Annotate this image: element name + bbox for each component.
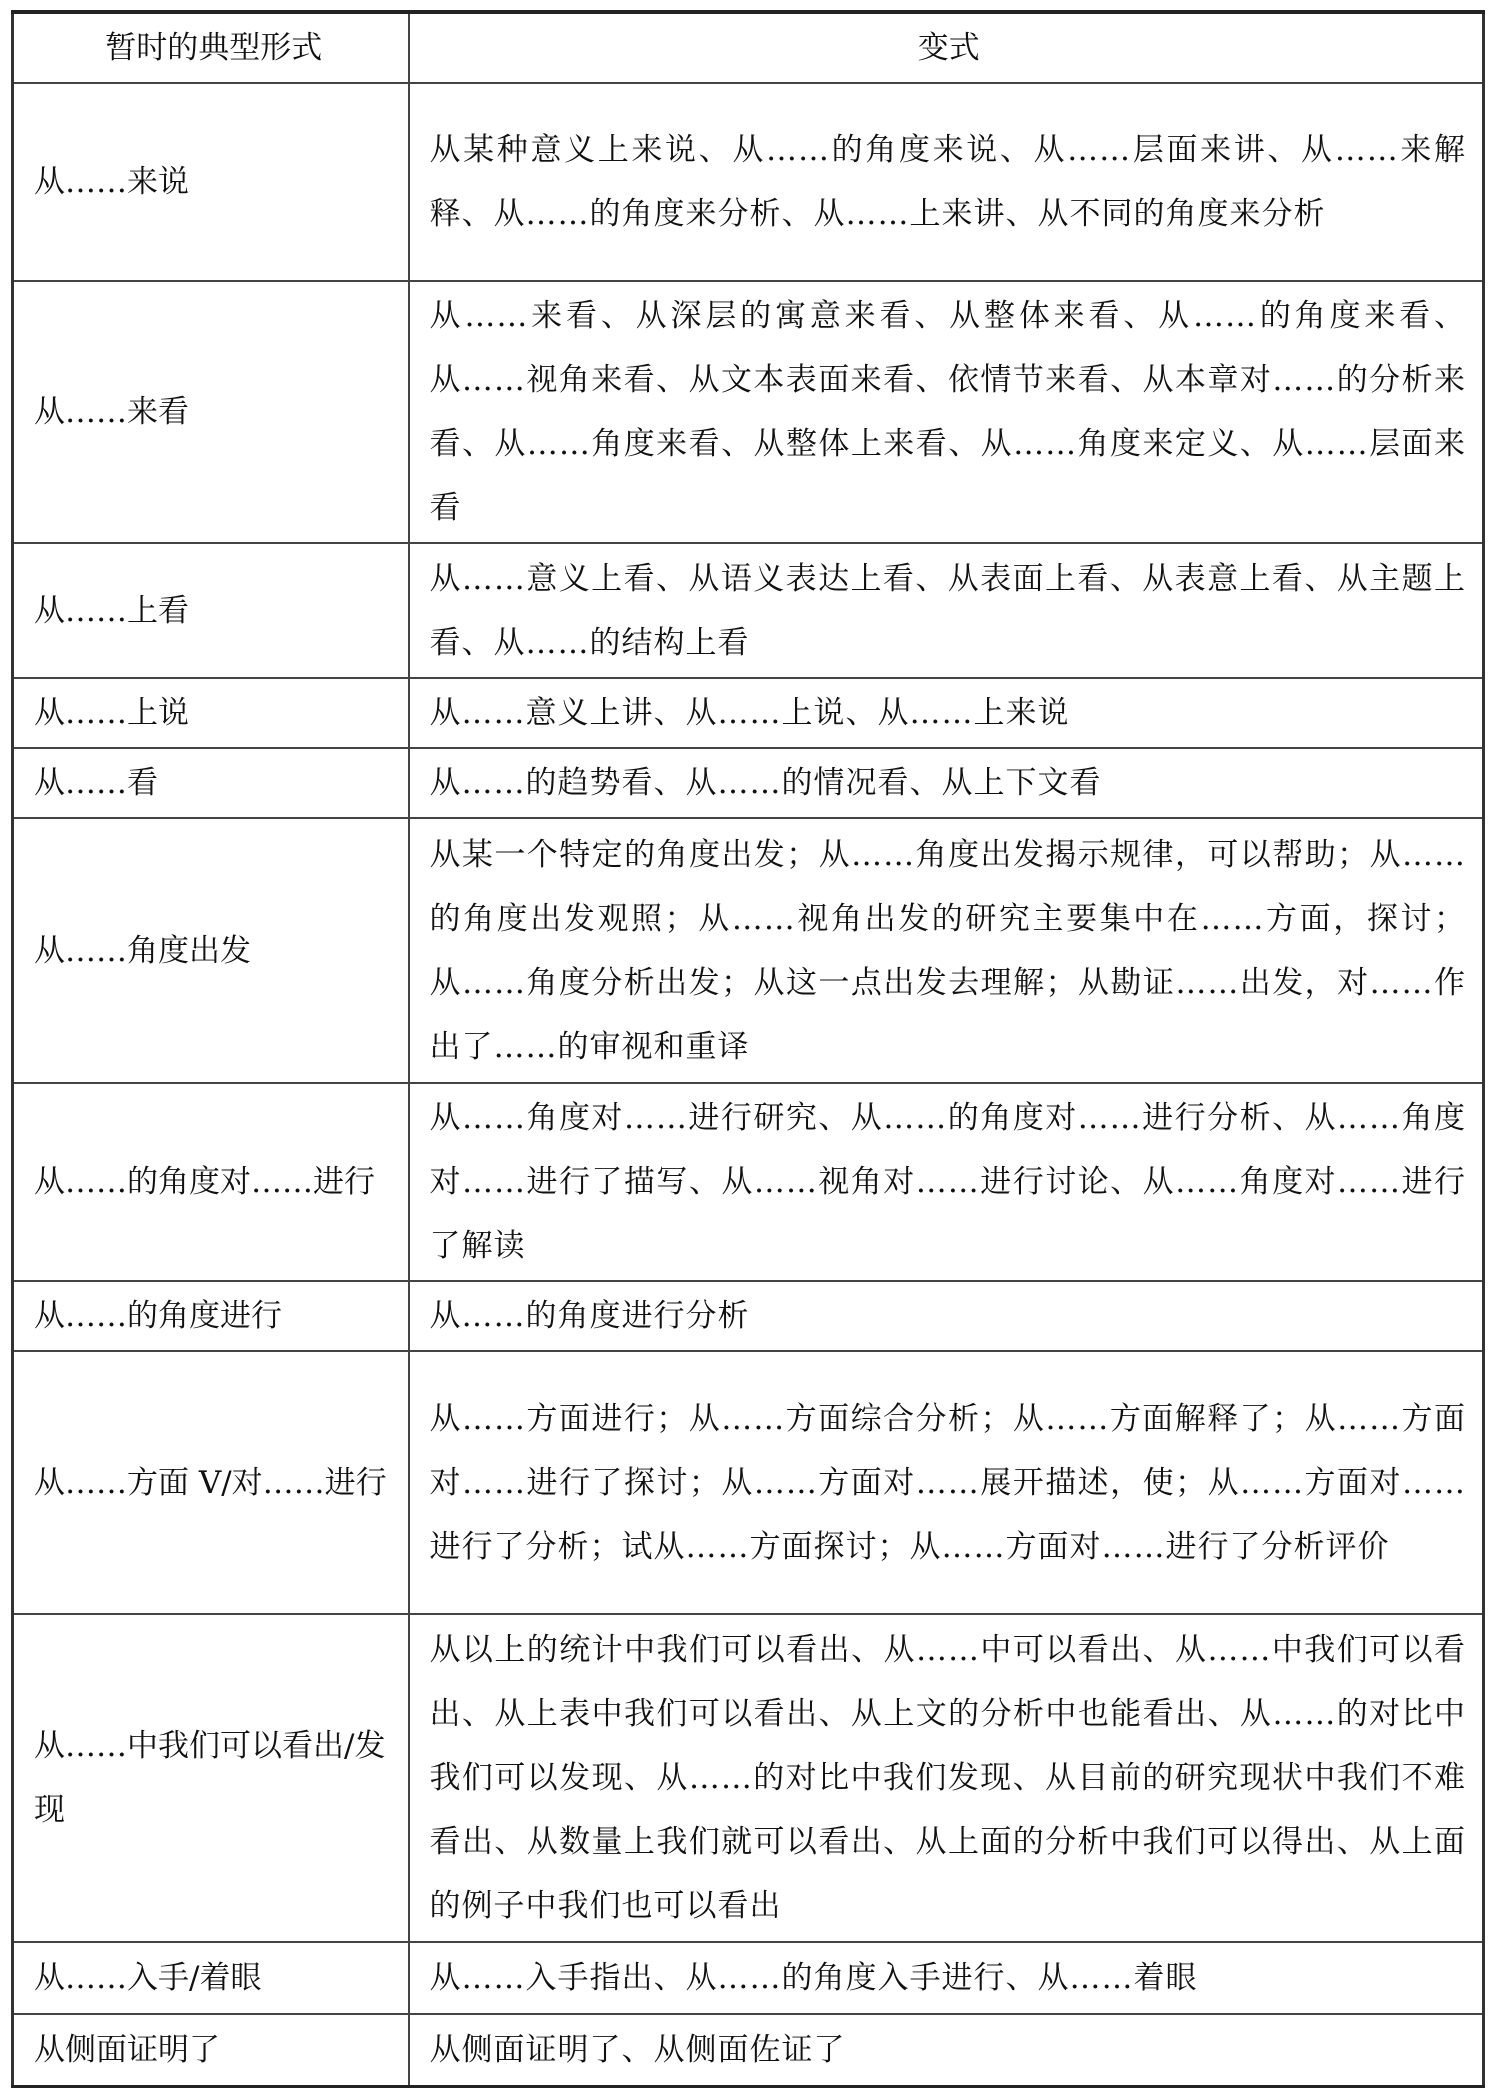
variants-cell: 从以上的统计中我们可以看出、从……中可以看出、从……中我们可以看出、从上表中我们… bbox=[409, 1614, 1484, 1942]
variants-cell: 从……的角度进行分析 bbox=[409, 1281, 1484, 1351]
variants-cell: 从某一个特定的角度出发；从……角度出发揭示规律，可以帮助；从……的角度出发观照；… bbox=[409, 818, 1484, 1083]
variants-cell: 从……意义上讲、从……上说、从……上来说 bbox=[409, 678, 1484, 748]
pattern-cell: 从……入手/着眼 bbox=[13, 1942, 409, 2014]
variants-cell: 从……入手指出、从……的角度入手进行、从……着眼 bbox=[409, 1942, 1484, 2014]
variants-cell: 从某种意义上来说、从……的角度来说、从……层面来讲、从……来解释、从……的角度来… bbox=[409, 83, 1484, 281]
pattern-cell: 从……上看 bbox=[13, 543, 409, 678]
header-row: 暂时的典型形式 变式 bbox=[13, 12, 1484, 83]
table-body: 从……来说从某种意义上来说、从……的角度来说、从……层面来讲、从……来解释、从…… bbox=[13, 83, 1484, 2086]
table-row: 从……看从……的趋势看、从……的情况看、从上下文看 bbox=[13, 748, 1484, 818]
table-row: 从……角度出发从某一个特定的角度出发；从……角度出发揭示规律，可以帮助；从……的… bbox=[13, 818, 1484, 1083]
variants-cell: 从……来看、从深层的寓意来看、从整体来看、从……的角度来看、从……视角来看、从文… bbox=[409, 281, 1484, 543]
table-row: 从侧面证明了从侧面证明了、从侧面佐证了 bbox=[13, 2014, 1484, 2086]
pattern-cell: 从……来看 bbox=[13, 281, 409, 543]
patterns-table: 暂时的典型形式 变式 从……来说从某种意义上来说、从……的角度来说、从……层面来… bbox=[11, 10, 1485, 2088]
pattern-cell: 从……的角度对……进行 bbox=[13, 1083, 409, 1281]
pattern-cell: 从……角度出发 bbox=[13, 818, 409, 1083]
variants-cell: 从……意义上看、从语义表达上看、从表面上看、从表意上看、从主题上看、从……的结构… bbox=[409, 543, 1484, 678]
pattern-cell: 从……上说 bbox=[13, 678, 409, 748]
pattern-cell: 从……方面 V/对……进行 bbox=[13, 1351, 409, 1614]
table-row: 从……来说从某种意义上来说、从……的角度来说、从……层面来讲、从……来解释、从…… bbox=[13, 83, 1484, 281]
variants-cell: 从……方面进行；从……方面综合分析；从……方面解释了；从……方面对……进行了探讨… bbox=[409, 1351, 1484, 1614]
pattern-cell: 从……中我们可以看出/发现 bbox=[13, 1614, 409, 1942]
pattern-cell: 从……来说 bbox=[13, 83, 409, 281]
variants-cell: 从……角度对……进行研究、从……的角度对……进行分析、从……角度对……进行了描写… bbox=[409, 1083, 1484, 1281]
table-row: 从……上看从……意义上看、从语义表达上看、从表面上看、从表意上看、从主题上看、从… bbox=[13, 543, 1484, 678]
table-row: 从……方面 V/对……进行从……方面进行；从……方面综合分析；从……方面解释了；… bbox=[13, 1351, 1484, 1614]
pattern-cell: 从……的角度进行 bbox=[13, 1281, 409, 1351]
variants-cell: 从……的趋势看、从……的情况看、从上下文看 bbox=[409, 748, 1484, 818]
pattern-cell: 从侧面证明了 bbox=[13, 2014, 409, 2086]
variants-cell: 从侧面证明了、从侧面佐证了 bbox=[409, 2014, 1484, 2086]
table-row: 从……来看从……来看、从深层的寓意来看、从整体来看、从……的角度来看、从……视角… bbox=[13, 281, 1484, 543]
header-variants: 变式 bbox=[409, 12, 1484, 83]
header-typical-form: 暂时的典型形式 bbox=[13, 12, 409, 83]
pattern-cell: 从……看 bbox=[13, 748, 409, 818]
table-row: 从……中我们可以看出/发现从以上的统计中我们可以看出、从……中可以看出、从……中… bbox=[13, 1614, 1484, 1942]
table-row: 从……入手/着眼从……入手指出、从……的角度入手进行、从……着眼 bbox=[13, 1942, 1484, 2014]
table-row: 从……的角度进行从……的角度进行分析 bbox=[13, 1281, 1484, 1351]
table-row: 从……上说从……意义上讲、从……上说、从……上来说 bbox=[13, 678, 1484, 748]
table-row: 从……的角度对……进行从……角度对……进行研究、从……的角度对……进行分析、从…… bbox=[13, 1083, 1484, 1281]
